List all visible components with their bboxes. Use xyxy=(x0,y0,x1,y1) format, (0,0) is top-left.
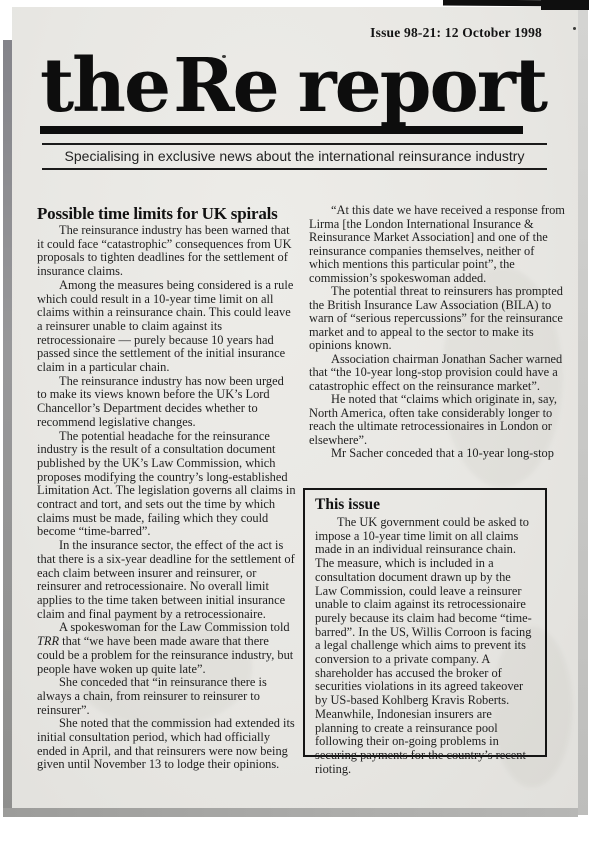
scan-edge-right xyxy=(578,10,588,815)
masthead-word-re: Re xyxy=(173,43,278,129)
paragraph: A spokeswoman for the Law Commission tol… xyxy=(37,621,296,676)
tagline-rule-bottom xyxy=(42,168,547,170)
paragraph: The reinsurance industry has now been ur… xyxy=(37,375,296,430)
scan-speck xyxy=(573,27,576,30)
this-issue-body: The UK government could be asked to impo… xyxy=(315,516,533,776)
tagline-rule-top xyxy=(42,143,547,145)
paragraph: “At this date we have received a respons… xyxy=(309,204,567,285)
paragraph: In the insurance sector, the effect of t… xyxy=(37,539,296,621)
publication-abbrev: TRR xyxy=(37,634,59,648)
this-issue-title: This issue xyxy=(315,496,533,514)
masthead-title: theRereport xyxy=(40,40,540,132)
this-issue-box: This issue The UK government could be as… xyxy=(303,488,547,757)
paragraph: He noted that “claims which originate in… xyxy=(309,393,567,447)
paragraph: The potential threat to reinsurers has p… xyxy=(309,285,567,353)
paragraph-text: that “we have been made aware that there… xyxy=(37,634,293,675)
paragraph: The potential headache for the reinsuran… xyxy=(37,430,296,540)
paragraph: She conceded that “in reinsurance there … xyxy=(37,676,296,717)
tagline: Specialising in exclusive news about the… xyxy=(42,146,547,168)
scan-shadow-bottom xyxy=(3,808,578,817)
right-column: “At this date we have received a respons… xyxy=(309,204,567,461)
paragraph: Association chairman Jonathan Sacher war… xyxy=(309,353,567,394)
paragraph: Among the measures being considered is a… xyxy=(37,279,296,375)
paragraph: The reinsurance industry has been warned… xyxy=(37,224,296,279)
paragraph: She noted that the commission had extend… xyxy=(37,717,296,772)
paragraph: Mr Sacher conceded that a 10-year long-s… xyxy=(309,447,567,461)
scan-artifact-top-corner xyxy=(541,0,589,10)
issue-date-line: Issue 98-21: 12 October 1998 xyxy=(330,25,542,41)
article-headline: Possible time limits for UK spirals xyxy=(37,204,309,224)
masthead-word-the: the xyxy=(40,43,169,129)
masthead-word-report: report xyxy=(298,43,546,129)
paragraph-text: A spokeswoman for the Law Commission tol… xyxy=(59,620,290,634)
left-column: The reinsurance industry has been warned… xyxy=(37,224,296,772)
scan-edge-left xyxy=(3,40,12,817)
scanned-newsletter-page: Issue 98-21: 12 October 1998 theRereport… xyxy=(0,0,595,841)
